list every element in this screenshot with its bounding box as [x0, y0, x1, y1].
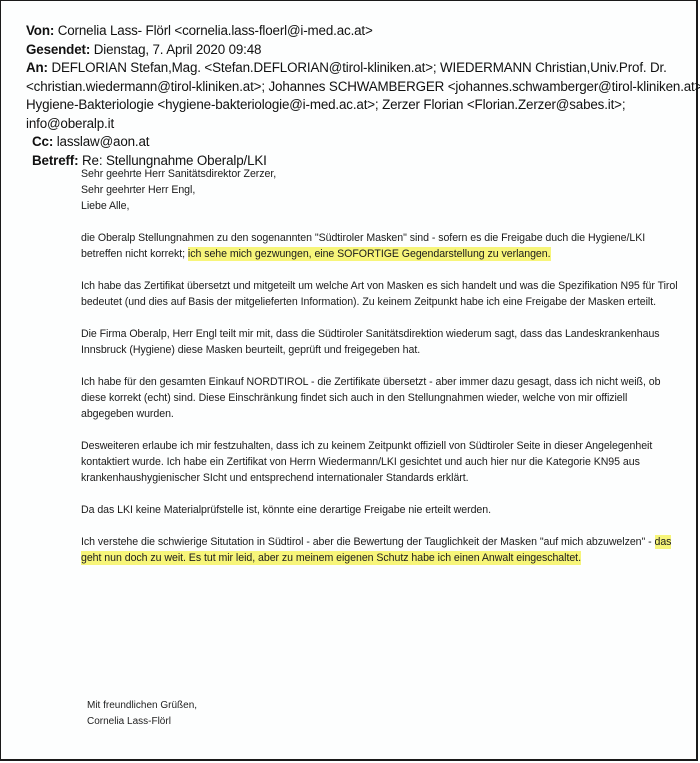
signature: Mit freundlichen Grüßen, Cornelia Lass-F…	[87, 698, 197, 730]
highlight-1: ich sehe mich gezwungen, eine SOFORTIGE …	[188, 247, 551, 261]
closing: Mit freundlichen Grüßen,	[87, 698, 197, 714]
sent-label: Gesendet:	[26, 42, 90, 57]
greeting: Sehr geehrte Herr Sanitätsdirektor Zerze…	[81, 166, 681, 214]
greeting-line-1: Sehr geehrte Herr Sanitätsdirektor Zerze…	[81, 166, 681, 182]
subject-label: Betreff:	[32, 153, 78, 168]
cc-label: Cc:	[32, 134, 53, 149]
paragraph-7-text: Ich verstehe die schwierige Situtation i…	[81, 536, 655, 548]
sent-row: Gesendet: Dienstag, 7. April 2020 09:48	[26, 41, 696, 60]
paragraph-5: Desweiteren erlaube ich mir festzuhalten…	[81, 438, 681, 486]
greeting-line-2: Sehr geehrter Herr Engl,	[81, 182, 681, 198]
to-value-line-4: info@oberalp.it	[26, 115, 696, 134]
greeting-line-3: Liebe Alle,	[81, 198, 681, 214]
cc-row: Cc: lasslaw@aon.at	[26, 133, 696, 152]
email-body: Sehr geehrte Herr Sanitätsdirektor Zerze…	[81, 166, 681, 582]
to-label: An:	[26, 60, 48, 75]
paragraph-1: die Oberalp Stellungnahmen zu den sogena…	[81, 230, 681, 262]
paragraph-4: Ich habe für den gesamten Einkauf NORDTI…	[81, 374, 681, 422]
sent-value: Dienstag, 7. April 2020 09:48	[94, 42, 262, 57]
document-page: Von: Cornelia Lass- Flörl <cornelia.lass…	[0, 0, 698, 761]
from-label: Von:	[26, 23, 54, 38]
paragraph-6: Da das LKI keine Materialprüfstelle ist,…	[81, 502, 681, 518]
paragraph-7: Ich verstehe die schwierige Situtation i…	[81, 534, 681, 566]
paragraph-2: Ich habe das Zertifikat übersetzt und mi…	[81, 278, 681, 310]
to-row: An: DEFLORIAN Stefan,Mag. <Stefan.DEFLOR…	[26, 59, 696, 78]
signer-name: Cornelia Lass-Flörl	[87, 714, 197, 730]
to-value-line-2: <christian.wiedermann@tirol-kliniken.at>…	[26, 78, 696, 97]
from-row: Von: Cornelia Lass- Flörl <cornelia.lass…	[26, 22, 696, 41]
cc-value: lasslaw@aon.at	[57, 134, 150, 149]
to-value-line-3: Hygiene-Bakteriologie <hygiene-bakteriol…	[26, 96, 696, 115]
to-value-line-1: DEFLORIAN Stefan,Mag. <Stefan.DEFLORIAN@…	[51, 60, 666, 75]
paragraph-3: Die Firma Oberalp, Herr Engl teilt mir m…	[81, 326, 681, 358]
from-value: Cornelia Lass- Flörl <cornelia.lass-floe…	[58, 23, 373, 38]
email-header: Von: Cornelia Lass- Flörl <cornelia.lass…	[26, 22, 696, 170]
